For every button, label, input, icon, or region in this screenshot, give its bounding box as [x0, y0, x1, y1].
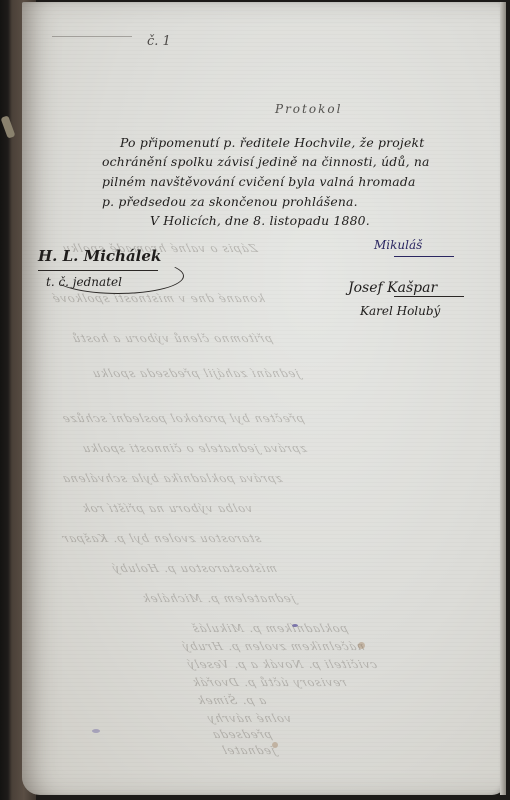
- signature-mikulas: Mikuláš: [374, 238, 422, 252]
- signature-holuby: Karel Holubý: [360, 304, 440, 318]
- document-page: Zápis o valné hromadě spolku konané dne …: [22, 2, 506, 795]
- bleed-through-line: starostou zvolen byl p. Kašpar: [60, 532, 263, 545]
- bleed-through-line: zpráva jednatele o činnosti spolku: [80, 442, 308, 455]
- body-line-4: p. předsedou za skončenou prohlášena.: [102, 194, 358, 209]
- body-line-1: Po připomenutí p. ředitele Hochvile, že …: [120, 135, 424, 150]
- stain: [358, 642, 365, 649]
- stain: [272, 742, 278, 748]
- bleed-through-line: místostarostou p. Holubý: [110, 562, 279, 575]
- body-line-3: pilném navštěvování cvičení byla valná h…: [102, 174, 416, 189]
- bleed-through-line: konané dne v místnosti spolkové: [50, 292, 267, 305]
- bleed-through-line: zpráva pokladníka byla schválena: [60, 472, 284, 485]
- bleed-through-line: pokladníkem p. Mikuláš: [190, 622, 350, 635]
- bleed-through-line: jednání zahájil předseda spolku: [90, 367, 302, 380]
- document-heading: Protokol: [275, 102, 342, 116]
- body-line-2: ochránění spolku závisí jedině na činnos…: [102, 154, 430, 169]
- signature-kaspar: Josef Kašpar: [348, 280, 437, 296]
- signature-underline: [394, 256, 454, 257]
- bleed-through-line: jednatel: [220, 744, 277, 757]
- page-number-rule: [52, 36, 132, 37]
- bleed-through-line: přítomno členů výboru a hostů: [70, 332, 274, 345]
- signature-flourish: [52, 258, 184, 294]
- ink-mark: [92, 729, 100, 733]
- bleed-through-line: volba výboru na příští rok: [80, 502, 254, 515]
- bleed-through-line: revisory účtů p. Dvořák: [190, 676, 348, 689]
- bleed-through-line: volné návrhy: [205, 712, 293, 725]
- bleed-through-line: cvičiteli p. Novák a p. Veselý: [185, 658, 379, 671]
- bleed-through-line: jednatelem p. Michálek: [140, 592, 297, 605]
- ink-mark: [292, 624, 298, 627]
- signature-underline: [394, 296, 464, 297]
- page-number: č. 1: [147, 34, 171, 49]
- date-line: V Holicích, dne 8. listopadu 1880.: [150, 213, 370, 228]
- bleed-through-line: a p. Šimek: [195, 694, 268, 707]
- bleed-through-line: přečten byl protokol poslední schůze: [60, 412, 306, 425]
- bleed-through-line: předseda: [210, 728, 274, 741]
- page-edge: [500, 2, 506, 795]
- bleed-through-line: náčelníkem zvolen p. Hrubý: [180, 640, 366, 653]
